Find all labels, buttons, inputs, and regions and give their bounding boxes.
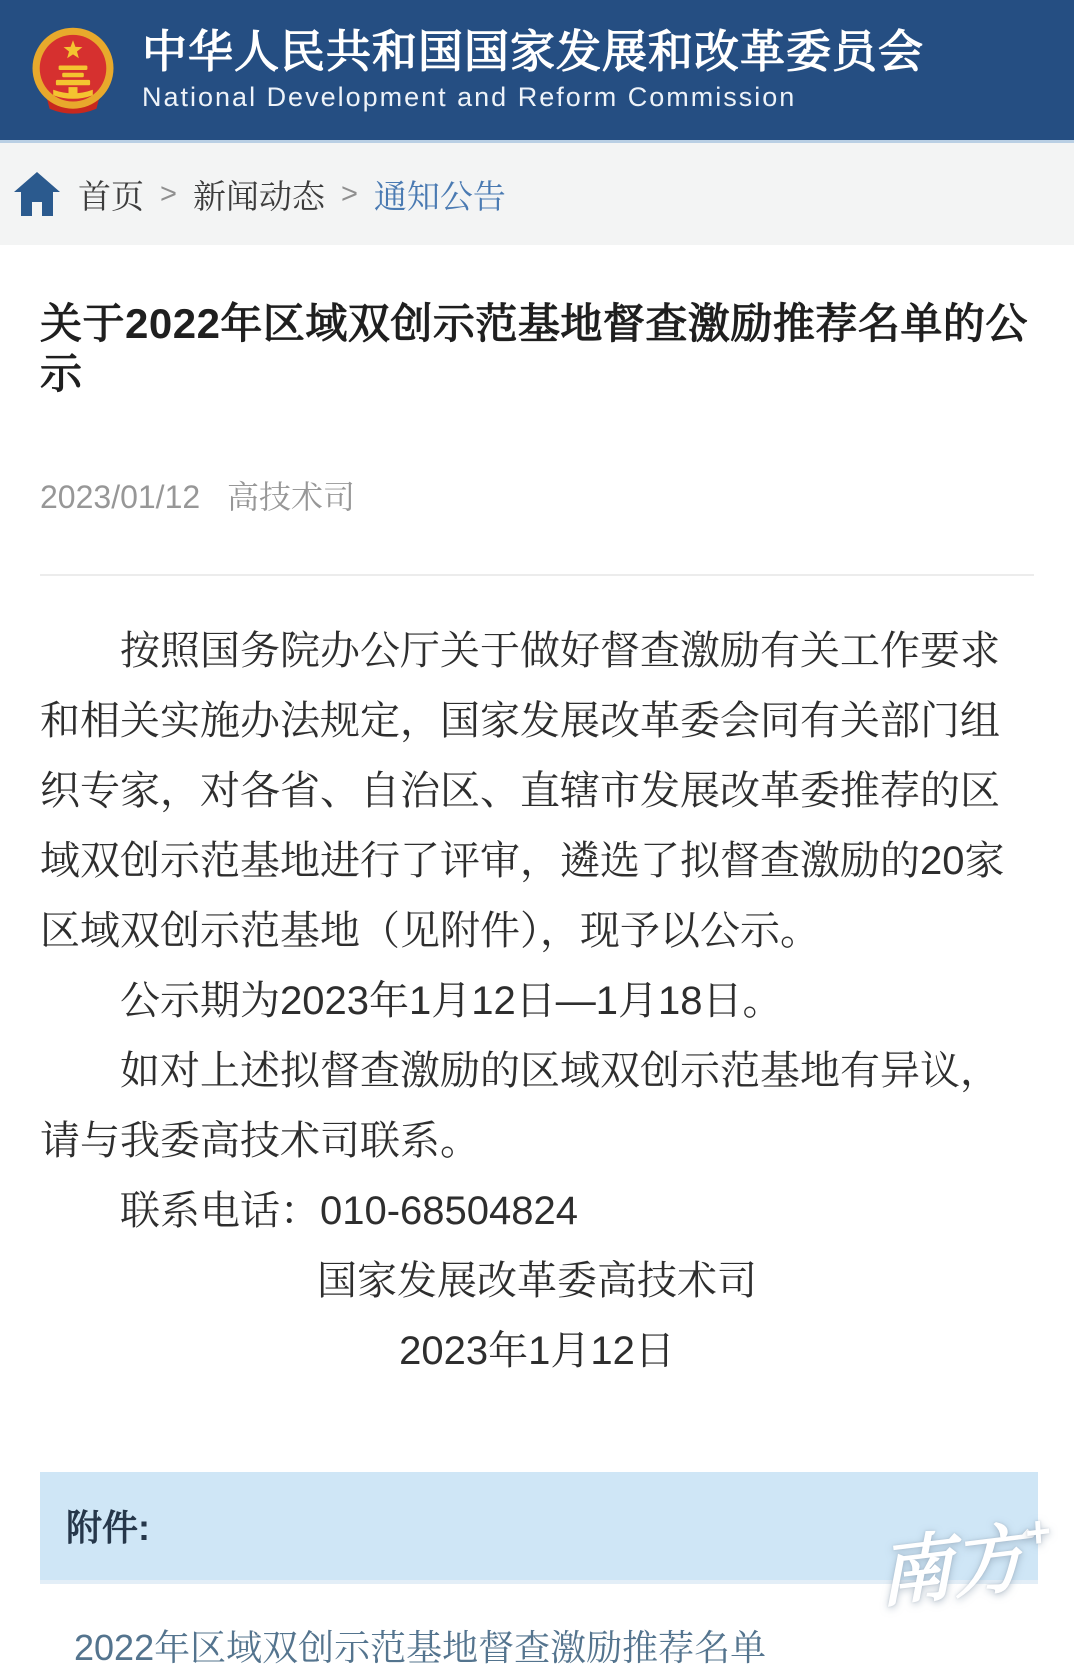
article-meta: 2023/01/12 高技术司 bbox=[40, 472, 1034, 518]
breadcrumb-item-notices[interactable]: 通知公告 bbox=[374, 171, 506, 218]
article-title: 关于2022年区域双创示范基地督查激励推荐名单的公示 bbox=[40, 299, 1034, 400]
paragraph-1: 按照国务院办公厅关于做好督查激励有关工作要求和相关实施办法规定，国家发展改革委会… bbox=[40, 616, 1034, 966]
site-title-chinese: 中华人民共和国国家发展和改革委员会 bbox=[142, 27, 924, 77]
paragraph-4: 联系电话：010-68504824 bbox=[40, 1176, 1034, 1246]
attachment-section: 附件: 2022年区域双创示范基地督查激励推荐名单 bbox=[40, 1472, 1038, 1671]
attachment-label: 附件: bbox=[66, 1500, 150, 1551]
divider bbox=[40, 574, 1034, 576]
national-emblem-icon bbox=[28, 24, 118, 116]
breadcrumb-item-home[interactable]: 首页 bbox=[78, 171, 144, 218]
publish-date: 2023/01/12 bbox=[40, 479, 200, 515]
page: 中华人民共和国国家发展和改革委员会 National Development a… bbox=[0, 0, 1074, 1672]
site-titles: 中华人民共和国国家发展和改革委员会 National Development a… bbox=[142, 27, 924, 112]
home-icon[interactable] bbox=[12, 170, 62, 218]
publish-department: 高技术司 bbox=[227, 479, 355, 515]
breadcrumb-separator: > bbox=[341, 178, 358, 211]
attachment-link[interactable]: 2022年区域双创示范基地督查激励推荐名单 bbox=[74, 1627, 766, 1668]
site-header: 中华人民共和国国家发展和改革委员会 National Development a… bbox=[0, 0, 1074, 143]
breadcrumb-item-news[interactable]: 新闻动态 bbox=[193, 171, 325, 218]
attachment-header: 附件: bbox=[40, 1472, 1038, 1584]
site-title-english: National Development and Reform Commissi… bbox=[142, 83, 924, 113]
signature: 国家发展改革委高技术司 bbox=[40, 1246, 1034, 1316]
paragraph-3: 如对上述拟督查激励的区域双创示范基地有异议，请与我委高技术司联系。 bbox=[40, 1036, 1034, 1176]
paragraph-2: 公示期为2023年1月12日—1月18日。 bbox=[40, 966, 1034, 1036]
signature-date: 2023年1月12日 bbox=[40, 1316, 1034, 1386]
breadcrumb-separator: > bbox=[160, 178, 177, 211]
breadcrumb: 首页 > 新闻动态 > 通知公告 bbox=[0, 143, 1074, 245]
site-logo[interactable]: 中华人民共和国国家发展和改革委员会 National Development a… bbox=[28, 24, 924, 116]
article-body: 按照国务院办公厅关于做好督查激励有关工作要求和相关实施办法规定，国家发展改革委会… bbox=[40, 616, 1034, 1386]
attachment-body: 2022年区域双创示范基地督查激励推荐名单 bbox=[40, 1584, 1038, 1671]
article-content: 关于2022年区域双创示范基地督查激励推荐名单的公示 2023/01/12 高技… bbox=[0, 299, 1074, 1386]
